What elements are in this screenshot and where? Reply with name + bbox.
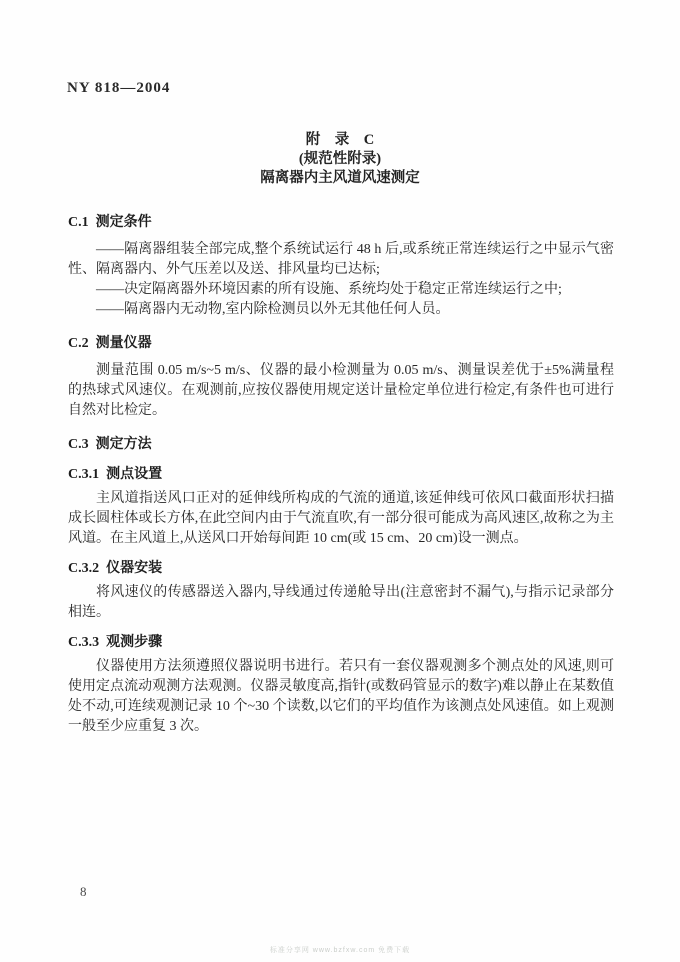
- section-heading-c32: C.3.2 仪器安装: [68, 559, 614, 579]
- watermark-text: 标准分享网 www.bzfxw.com 免费下载: [0, 945, 680, 955]
- section-heading-c31: C.3.1 测点设置: [68, 465, 614, 485]
- appendix-subtitle: (规范性附录): [0, 150, 680, 169]
- doc-number: NY 818—2004: [67, 80, 170, 97]
- page-number: 8: [80, 884, 87, 900]
- section-heading-c1: C.1 测定条件: [68, 213, 614, 233]
- c2-paragraph: 测量范围 0.05 m/s~5 m/s、仪器的最小检测量为 0.05 m/s、测…: [68, 361, 614, 421]
- c31-paragraph: 主风道指送风口正对的延伸线所构成的气流的通道,该延伸线可依风口截面形状扫描成长圆…: [68, 489, 614, 549]
- c32-paragraph: 将风速仪的传感器送入器内,导线通过传递舱导出(注意密封不漏气),与指示记录部分相…: [68, 583, 614, 623]
- appendix-title: 附 录 C: [0, 131, 680, 150]
- section-heading-c2: C.2 测量仪器: [68, 334, 614, 354]
- c1-item-1: ——隔离器组装全部完成,整个系统试运行 48 h 后,或系统正常连续运行之中显示…: [68, 240, 614, 280]
- section-heading-c3: C.3 测定方法: [68, 435, 614, 455]
- document-body: C.1 测定条件 ——隔离器组装全部完成,整个系统试运行 48 h 后,或系统正…: [68, 213, 614, 737]
- section-heading-c33: C.3.3 观测步骤: [68, 633, 614, 653]
- document-page: NY 818—2004 附 录 C (规范性附录) 隔离器内主风道风速测定 C.…: [0, 0, 680, 962]
- appendix-title-block: 附 录 C (规范性附录) 隔离器内主风道风速测定: [0, 131, 680, 188]
- c1-item-2: ——决定隔离器外环境因素的所有设施、系统均处于稳定正常连续运行之中;: [68, 280, 614, 300]
- c33-paragraph: 仪器使用方法须遵照仪器说明书进行。若只有一套仪器观测多个测点处的风速,则可使用定…: [68, 657, 614, 737]
- appendix-name: 隔离器内主风道风速测定: [0, 169, 680, 188]
- c1-item-3: ——隔离器内无动物,室内除检测员以外无其他任何人员。: [68, 300, 614, 320]
